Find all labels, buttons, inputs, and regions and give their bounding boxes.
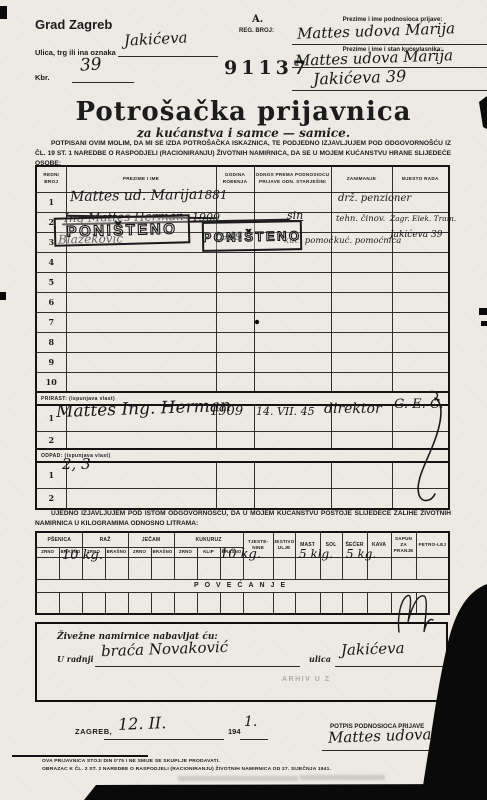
row-no: 1 [36,192,66,212]
empty-cell [254,431,331,449]
row-no: 8 [36,332,66,352]
sub-header-brasno: BRAŠNO [105,547,128,557]
empty-cell [66,332,216,352]
date-underline [104,739,224,740]
landlord-address-underline [292,90,487,91]
row-no: 2 [36,488,66,509]
empty-cell [216,292,254,312]
empty-cell [216,272,254,292]
odpad-row: 1 [36,462,449,488]
footnote-regulation: OBRAZAC K ČL. 2 ST. 2 NAREDBE O RASPODJE… [42,767,331,772]
empty-cell [151,557,174,579]
scan-smudge [300,775,385,780]
empty-cell [66,292,216,312]
empty-cell [105,592,128,614]
empty-cell [66,252,216,272]
applicant-underline [292,44,487,45]
empty-cell [254,272,331,292]
sub-header-zrno: ZRNO [128,547,151,557]
cancellation-stamp: PONIŠTENO [54,214,191,247]
empty-cell [392,292,449,312]
footnote-divider [12,755,148,757]
povecanje-label: POVEĆANJE [36,579,449,592]
table-row: 8 [36,332,449,352]
sub-header-brasno: BRAŠNO [151,547,174,557]
empty-cell [59,592,82,614]
empty-cell [216,312,254,332]
empty-cell [331,312,392,332]
empty-cell [216,332,254,352]
house-no-handwritten: 39 [79,56,102,74]
col-header-jestivo-ulje: JESTIVO ULJE [273,532,295,557]
row-no: 10 [36,372,66,392]
member2-occupation-handwritten: tehn. činov. [336,215,385,224]
prirast-date-handwritten: 14. VII. 45 [256,406,315,417]
row-no: 4 [36,252,66,272]
empty-cell [66,488,216,509]
empty-cell [216,462,254,488]
empty-cell [254,292,331,312]
empty-cell [331,431,392,449]
member1-occupation-handwritten: drž. penzioner [338,194,411,204]
empty-cell [392,312,449,332]
empty-cell [243,592,273,614]
supplies-intro-text: UJEDNO IZJAVLJUJEM POD ISTOM ODGOVORNOŠĆ… [35,509,451,529]
year-handwritten: 1. [244,715,257,729]
purchase-box: Živežne namirnice nabavljat ću: U radnji… [35,622,448,702]
empty-cell [392,272,449,292]
scan-smudge [178,776,298,781]
shop-name-handwritten: braća Novaković [101,640,229,659]
archive-stamp-faint: ARHIV U Z [282,676,331,683]
series-letter: A. [252,14,263,25]
empty-cell [36,592,59,614]
date-handwritten: 12. II. [118,715,167,733]
street-label: Ulica, trg ili ina oznaka [35,48,116,57]
shop-street-handwritten: Jakićeva [341,641,405,658]
empty-cell [392,372,449,392]
empty-cell [128,557,151,579]
odpad-band: ODPAD: (ispunjava vlast) [36,449,449,462]
empty-cell [273,592,295,614]
group-header-psenica: PŠENICA [36,532,82,547]
street-underline [118,56,218,57]
empty-cell [254,252,331,272]
empty-cell [392,332,449,352]
empty-cell [367,592,391,614]
signature-handwritten: Mattes udova [328,727,432,746]
table-row: 5 [36,272,449,292]
table-row: 4 [36,252,449,272]
sub-header-zrno: ZRNO [36,547,59,557]
odpad-row: 2 [36,488,449,509]
shop-label: U radnji [57,654,94,664]
empty-cell [66,372,216,392]
member1-name-handwritten: Mattes ud. Marija [70,188,198,204]
empty-cell [331,272,392,292]
empty-cell [216,488,254,509]
shop-street-underline [335,666,445,667]
prirast-occupation-handwritten: direktor [324,402,382,416]
empty-cell [392,252,449,272]
empty-cell [66,431,216,449]
prirast-workplace-handwritten: G. E. C. [394,398,444,411]
applicant-handwritten: Mattes udova Marija [297,21,455,42]
col-header-mjesto-rada: MJESTO RADA [392,166,449,192]
empty-cell [331,488,392,509]
scanned-form-page: Grad Zagreb Ulica, trg ili ina oznaka Ja… [0,0,487,800]
odpad-values-handwritten: 2, 3 [62,457,91,472]
table-row: 6 [36,292,449,312]
empty-cell [254,332,331,352]
col-header-odnos: ODNOS PREMA PODNOSIOCU PRIJAVE ODN. STAR… [254,166,331,192]
empty-cell [66,352,216,372]
form-title: Potrošačka prijavnica [0,97,487,127]
empty-cell [216,252,254,272]
empty-cell [254,372,331,392]
sub-header-klip: KLIP [197,547,220,557]
col-header-redni-broj: REDNI BROJ [36,166,66,192]
pen-initials-flourish [393,588,435,638]
place-label: ZAGREB, [75,727,112,736]
psenica-brasno-value-handwritten: 10 kg. [62,549,103,562]
prirast-year-handwritten: 1909 [210,405,243,418]
col-header-zanimanje: ZANIMANJE [331,166,392,192]
sub-header-zrno: ZRNO [174,547,197,557]
form-subtitle: za kućanstva i samce — samice. [0,126,487,140]
empty-cell [331,252,392,272]
empty-cell [197,592,220,614]
landlord-address-handwritten: Jakićeva 39 [313,68,407,87]
table-row: 7 [36,312,449,332]
row-no: 5 [36,272,66,292]
prirast-row: 2 [36,431,449,449]
row-no: 7 [36,312,66,332]
mast-value-handwritten: 5 klg. [299,548,333,560]
signature-underline [322,750,462,751]
member2-workplace-handwritten: Zagr. Elek. Tram. [390,215,456,223]
empty-cell [331,462,392,488]
empty-cell [36,557,59,579]
landlord-handwritten: Mattes udova Marija [295,48,453,69]
empty-cell [254,352,331,372]
reg-no-label: REG. BROJ: [239,28,274,34]
city-name: Grad Zagreb [35,17,112,32]
house-no-label: Kbr. [35,73,50,82]
empty-cell [128,592,151,614]
empty-cell [216,372,254,392]
shop-street-label: ulica [309,654,331,664]
empty-cell [254,312,331,332]
group-header-raz: RAŽ [82,532,128,547]
empty-cell [151,592,174,614]
empty-cell [331,372,392,392]
povecanje-band: POVEĆANJE [36,579,449,592]
empty-cell [416,557,449,579]
empty-cell [331,332,392,352]
year-underline [240,739,268,740]
empty-cell [174,592,197,614]
empty-cell [216,352,254,372]
table-row: 9 [36,352,449,372]
empty-cell [254,488,331,509]
empty-cell [273,557,295,579]
row-no: 2 [36,431,66,449]
col-header-petrolej: PETRO-LEJ [416,532,449,557]
empty-cell [197,557,220,579]
supplies-empty-row [36,592,449,614]
supplies-table: PŠENICA RAŽ JEČAM KUKURUZ TJESTE-NINE JE… [35,531,450,615]
row-no: 9 [36,352,66,372]
empty-cell [220,592,243,614]
secer-value-handwritten: 5 kg. [346,548,376,560]
member1-year-handwritten: 1881 [197,189,228,201]
shop-underline [95,666,300,667]
cancellation-stamp: PONIŠTENO [202,220,303,252]
empty-cell [331,352,392,372]
odpad-label: ODPAD: (ispunjava vlast) [36,449,449,462]
empty-cell [254,462,331,488]
empty-cell [295,592,320,614]
empty-cell [342,592,367,614]
empty-cell [320,592,342,614]
empty-cell [66,272,216,292]
kukuruz-brasno-value-handwritten: 10 kg. [220,548,261,561]
house-no-underline [72,82,134,83]
col-header-sapun: SAPUN ZA PRANJE [391,532,416,557]
table-row: 10 [36,372,449,392]
year-printed: 194 [228,727,241,736]
group-header-kukuruz: KUKURUZ [174,532,243,547]
member3-workplace-handwritten: Jakićeva 39 [390,231,442,240]
empty-cell [105,557,128,579]
empty-cell [392,352,449,372]
empty-cell [216,431,254,449]
empty-cell [391,557,416,579]
empty-cell [82,592,105,614]
group-header-jecam: JEČAM [128,532,174,547]
street-handwritten: Jakićeva [124,30,188,48]
row-no: 6 [36,292,66,312]
footnote-price: OVA PRIJAVNICA STOJI DIN 0'75 I NE SMIJE… [42,759,220,764]
empty-cell [174,557,197,579]
empty-cell [331,292,392,312]
empty-cell [66,312,216,332]
